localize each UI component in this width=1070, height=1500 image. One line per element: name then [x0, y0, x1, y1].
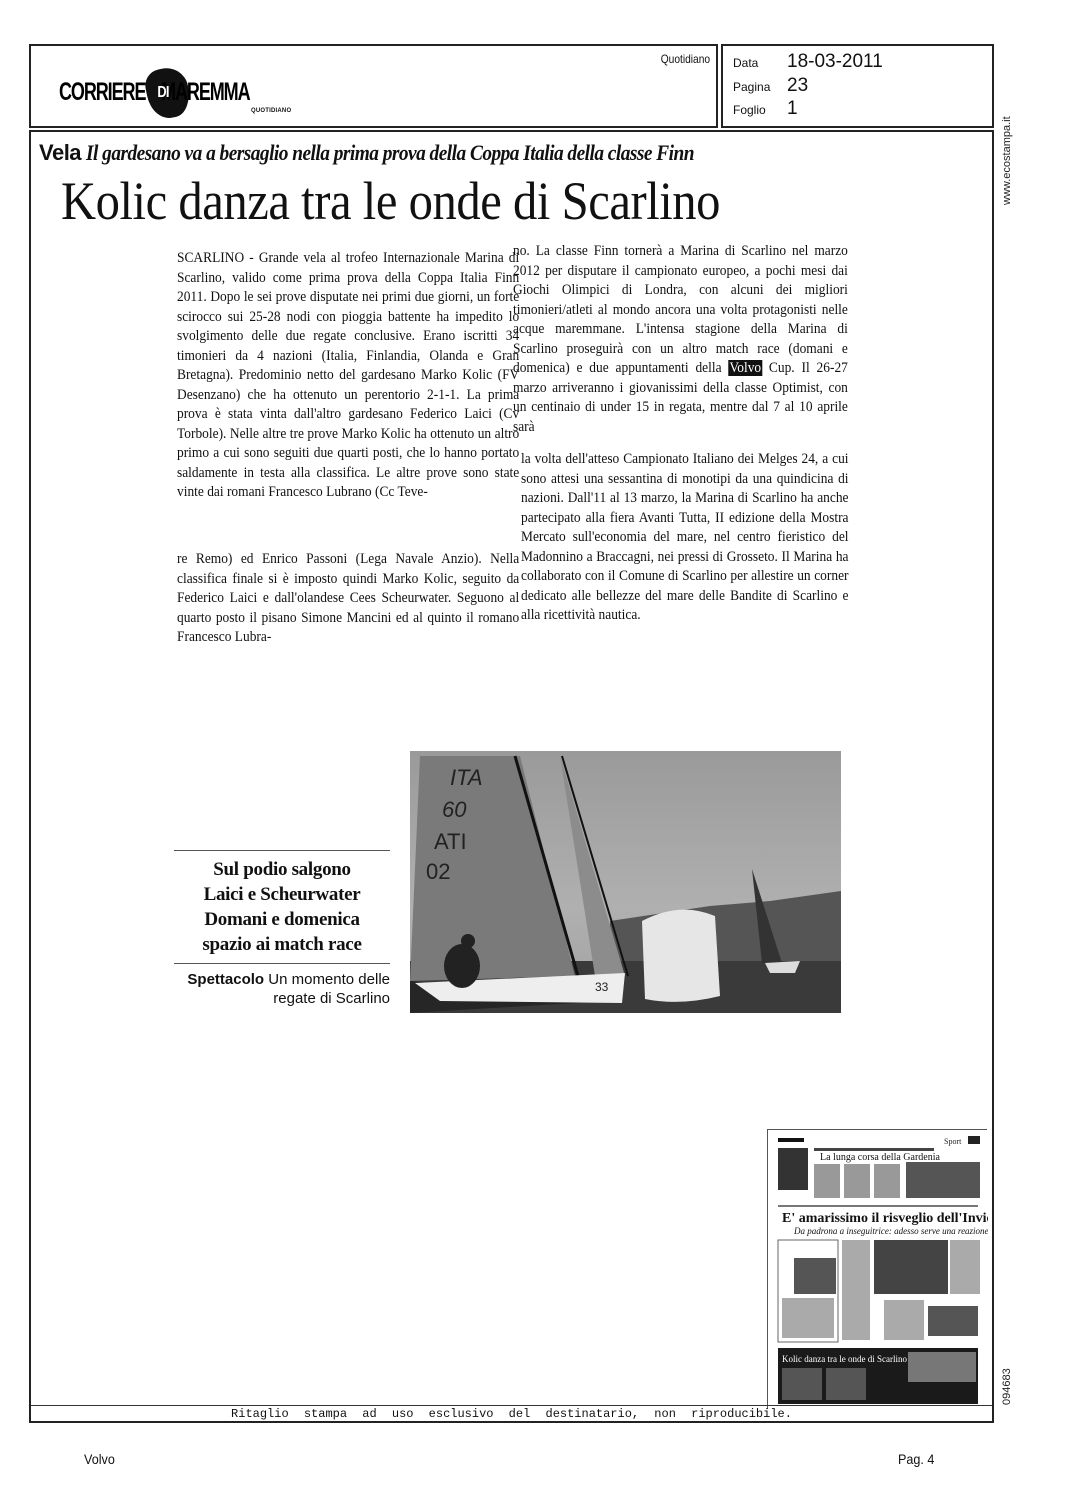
article-kicker: Vela Il gardesano va a bersaglio nella p… — [39, 140, 776, 166]
meta-sheet-row: Foglio 1 — [733, 98, 798, 120]
article-clipping: Vela Il gardesano va a bersaglio nella p… — [29, 130, 994, 1423]
svg-text:E' amarissimo il risveglio del: E' amarissimo il risveglio dell'Invicta — [782, 1211, 988, 1226]
svg-text:Da padrona a inseguitrice: ade: Da padrona a inseguitrice: adesso serve … — [793, 1226, 988, 1236]
meta-date-row: Data 18-03-2011 — [733, 51, 883, 73]
page-value: 23 — [787, 75, 808, 97]
svg-text:Kolic danza tra le onde di Sca: Kolic danza tra le onde di Scarlino — [782, 1354, 907, 1364]
svg-text:ATI: ATI — [434, 829, 467, 854]
website-label: www.ecostampa.it — [1001, 116, 1013, 205]
publication-type: Quotidiano — [661, 52, 710, 66]
sailboat-image: ITA 60 ATI 02 33 — [410, 751, 841, 1013]
logo-wordmark: CORRIERE MAREMMA — [59, 78, 250, 107]
body-column-1-top: SCARLINO - Grande vela al trofeo Interna… — [177, 249, 519, 503]
body-paragraph: SCARLINO - Grande vela al trofeo Interna… — [177, 249, 519, 503]
clipping-code: 094683 — [1001, 1368, 1013, 1405]
body-paragraph: re Remo) ed Enrico Passoni (Lega Navale … — [177, 550, 519, 648]
article-headline: Kolic danza tra le onde di Scarlino — [61, 170, 720, 232]
page-thumbnail: Sport La lunga corsa della Gardenia E' a… — [767, 1129, 987, 1409]
sail-text: ITA — [450, 765, 483, 790]
body-column-2-bottom: la volta dell'atteso Campionato Italiano… — [521, 450, 849, 626]
logo-subtitle: QUOTIDIANO — [251, 108, 291, 114]
page-thumbnail-image: Sport La lunga corsa della Gardenia E' a… — [768, 1130, 988, 1410]
caption-title: Sul podio salgono Laici e Scheurwater Do… — [174, 851, 390, 963]
footer-keyword: Volvo — [84, 1451, 115, 1467]
caption-credit: Spettacolo Un momento delle regate di Sc… — [174, 964, 390, 1008]
body-paragraph: la volta dell'atteso Campionato Italiano… — [521, 450, 849, 626]
sheet-label: Foglio — [733, 103, 787, 117]
body-column-2-top: no. La classe Finn tornerà a Marina di S… — [513, 242, 848, 437]
logo-di: DI — [157, 84, 168, 102]
kicker-text: Il gardesano va a bersaglio nella prima … — [86, 140, 694, 166]
section-tag: Vela — [39, 140, 81, 165]
svg-text:60: 60 — [442, 797, 467, 822]
newspaper-logo: CORRIERE MAREMMA DI QUOTIDIANO — [59, 68, 299, 118]
svg-text:02: 02 — [426, 859, 450, 884]
svg-text:La lunga corsa della Gardenia: La lunga corsa della Gardenia — [820, 1152, 941, 1163]
reproduction-disclaimer: Ritaglio stampa ad uso esclusivo del des… — [31, 1407, 992, 1421]
metadata-box: Data 18-03-2011 Pagina 23 Foglio 1 — [721, 44, 994, 128]
photo-caption: Sul podio salgono Laici e Scheurwater Do… — [174, 850, 390, 1008]
body-column-1-bottom: re Remo) ed Enrico Passoni (Lega Navale … — [177, 550, 519, 648]
disclaimer-divider — [31, 1405, 992, 1406]
date-value: 18-03-2011 — [787, 51, 883, 73]
meta-page-row: Pagina 23 — [733, 75, 808, 97]
page-label: Pagina — [733, 80, 787, 94]
sailing-photo: ITA 60 ATI 02 33 — [410, 751, 841, 1013]
masthead: CORRIERE MAREMMA DI QUOTIDIANO Quotidian… — [29, 44, 718, 128]
footer-page-number: Pag. 4 — [898, 1451, 934, 1467]
date-label: Data — [733, 56, 787, 70]
svg-text:Sport: Sport — [944, 1137, 962, 1146]
sheet-value: 1 — [787, 98, 798, 120]
keyword-highlight: Volvo — [728, 360, 762, 376]
svg-text:33: 33 — [595, 980, 609, 994]
body-paragraph: no. La classe Finn tornerà a Marina di S… — [513, 242, 848, 437]
